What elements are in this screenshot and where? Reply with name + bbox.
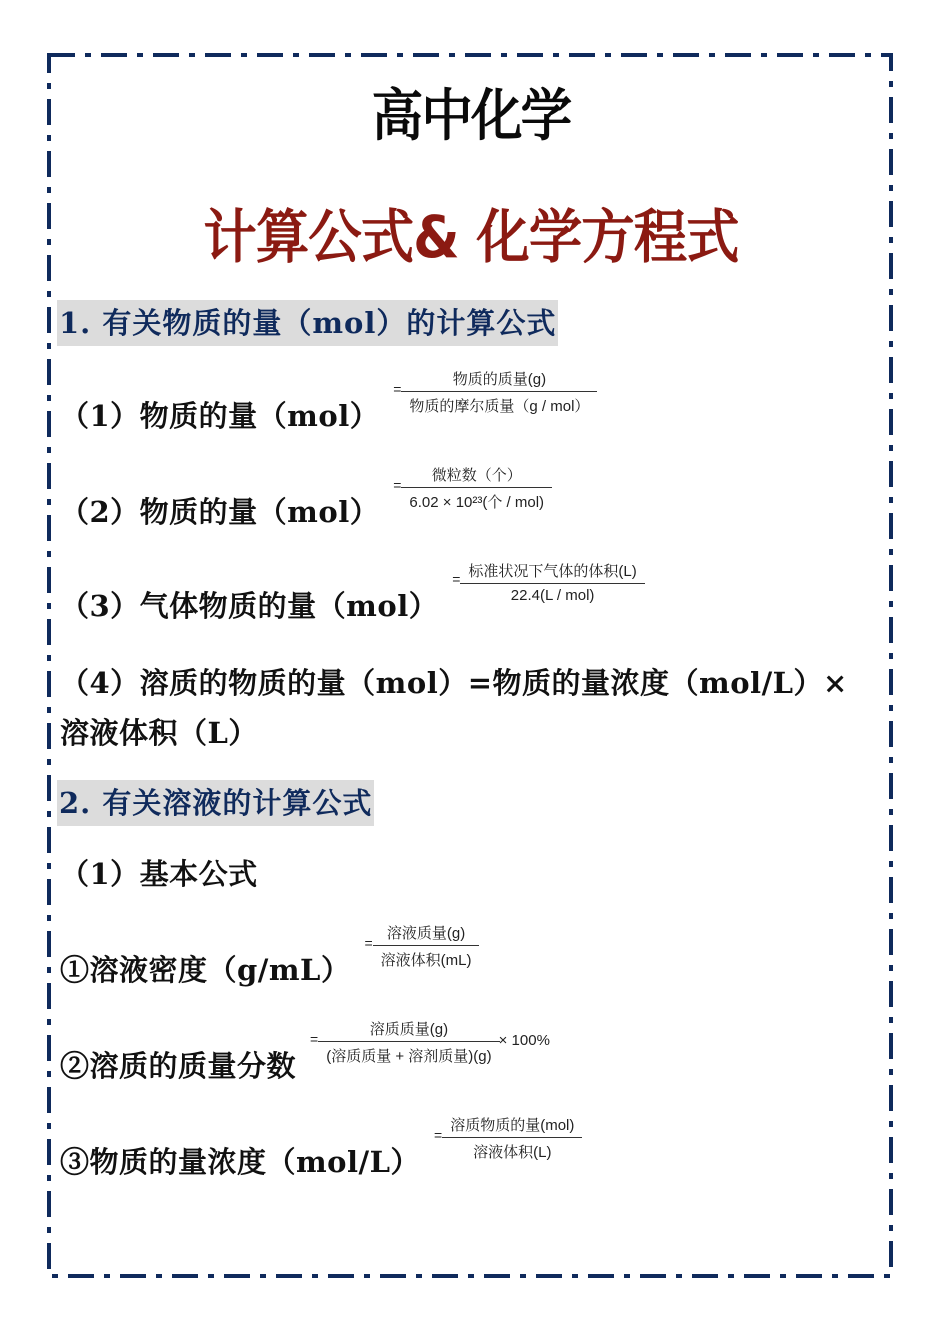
equals-sign: = bbox=[452, 571, 460, 587]
formula-label: ③物质的量浓度（mol/L） bbox=[60, 1140, 420, 1181]
equals-sign: = bbox=[393, 477, 401, 493]
numerator: 物质的质量(g) bbox=[401, 368, 597, 392]
equals-sign: = bbox=[310, 1031, 318, 1047]
percent-suffix: × 100% bbox=[499, 1032, 550, 1049]
formula-label: ①溶液密度（g/mL） bbox=[60, 948, 350, 989]
formula-row-2: （2）物质的量（mol） = 微粒数（个） 6.02 × 10²³(个 / mo… bbox=[60, 486, 548, 534]
equals-sign: = bbox=[393, 381, 401, 397]
page-title: 高中化学 bbox=[38, 72, 905, 152]
subheading-row: （1）基本公式 bbox=[60, 852, 258, 893]
numerator: 溶质物质的量(mol) bbox=[442, 1114, 582, 1138]
formula-label: （2）物质的量（mol） bbox=[60, 490, 379, 531]
fraction: = 溶液质量(g) 溶液体积(mL) bbox=[350, 922, 475, 970]
denominator: (溶质质量 + 溶剂质量)(g) bbox=[322, 1042, 495, 1066]
formula-row-3: （3）气体物质的量（mol） = 标准状况下气体的体积(L) 22.4(L / … bbox=[60, 582, 641, 626]
formula-line-2: 溶液体积（L） bbox=[60, 708, 890, 758]
formula-row-molarity: ③物质的量浓度（mol/L） = 溶质物质的量(mol) 溶液体积(L) bbox=[60, 1136, 578, 1184]
denominator: 物质的摩尔质量（g / mol） bbox=[405, 392, 593, 416]
equals-sign: = bbox=[364, 935, 372, 951]
numerator: 溶液质量(g) bbox=[373, 922, 480, 946]
denominator: 22.4(L / mol) bbox=[507, 584, 599, 604]
numerator: 标准状况下气体的体积(L) bbox=[460, 560, 644, 584]
fraction: = 物质的质量(g) 物质的摩尔质量（g / mol） bbox=[379, 368, 593, 416]
formula-label: ②溶质的质量分数 bbox=[60, 1044, 296, 1085]
section-heading-2: 2. 有关溶液的计算公式 bbox=[57, 780, 374, 826]
numerator: 微粒数（个） bbox=[401, 464, 552, 488]
formula-label: （1）物质的量（mol） bbox=[60, 394, 379, 435]
denominator: 溶液体积(L) bbox=[469, 1138, 555, 1162]
equals-sign: = bbox=[434, 1127, 442, 1143]
denominator: 6.02 × 10²³(个 / mol) bbox=[405, 488, 548, 512]
fraction: = 微粒数（个） 6.02 × 10²³(个 / mol) bbox=[379, 464, 548, 512]
formula-line-1: （4）溶质的物质的量（mol）=物质的量浓度（mol/L）× bbox=[60, 658, 890, 708]
denominator: 溶液体积(mL) bbox=[377, 946, 476, 970]
formula-label: （3）气体物质的量（mol） bbox=[60, 584, 438, 625]
fraction: = 溶质物质的量(mol) 溶液体积(L) bbox=[420, 1114, 578, 1162]
formula-row-mass-fraction: ②溶质的质量分数 = 溶质质量(g) (溶质质量 + 溶剂质量)(g) × 10… bbox=[60, 1040, 550, 1088]
numerator: 溶质质量(g) bbox=[318, 1018, 499, 1042]
fraction: = 溶质质量(g) (溶质质量 + 溶剂质量)(g) × 100% bbox=[296, 1018, 550, 1066]
section-heading-1: 1. 有关物质的量（mol）的计算公式 bbox=[57, 300, 558, 346]
page-subtitle: 计算公式& 化学方程式 bbox=[38, 190, 905, 274]
formula-row-1: （1）物质的量（mol） = 物质的质量(g) 物质的摩尔质量（g / mol） bbox=[60, 390, 593, 438]
fraction: = 标准状况下气体的体积(L) 22.4(L / mol) bbox=[438, 560, 641, 604]
subheading: （1）基本公式 bbox=[60, 852, 258, 893]
formula-row-4: （4）溶质的物质的量（mol）=物质的量浓度（mol/L）× 溶液体积（L） bbox=[60, 658, 890, 758]
formula-row-density: ①溶液密度（g/mL） = 溶液质量(g) 溶液体积(mL) bbox=[60, 944, 475, 992]
